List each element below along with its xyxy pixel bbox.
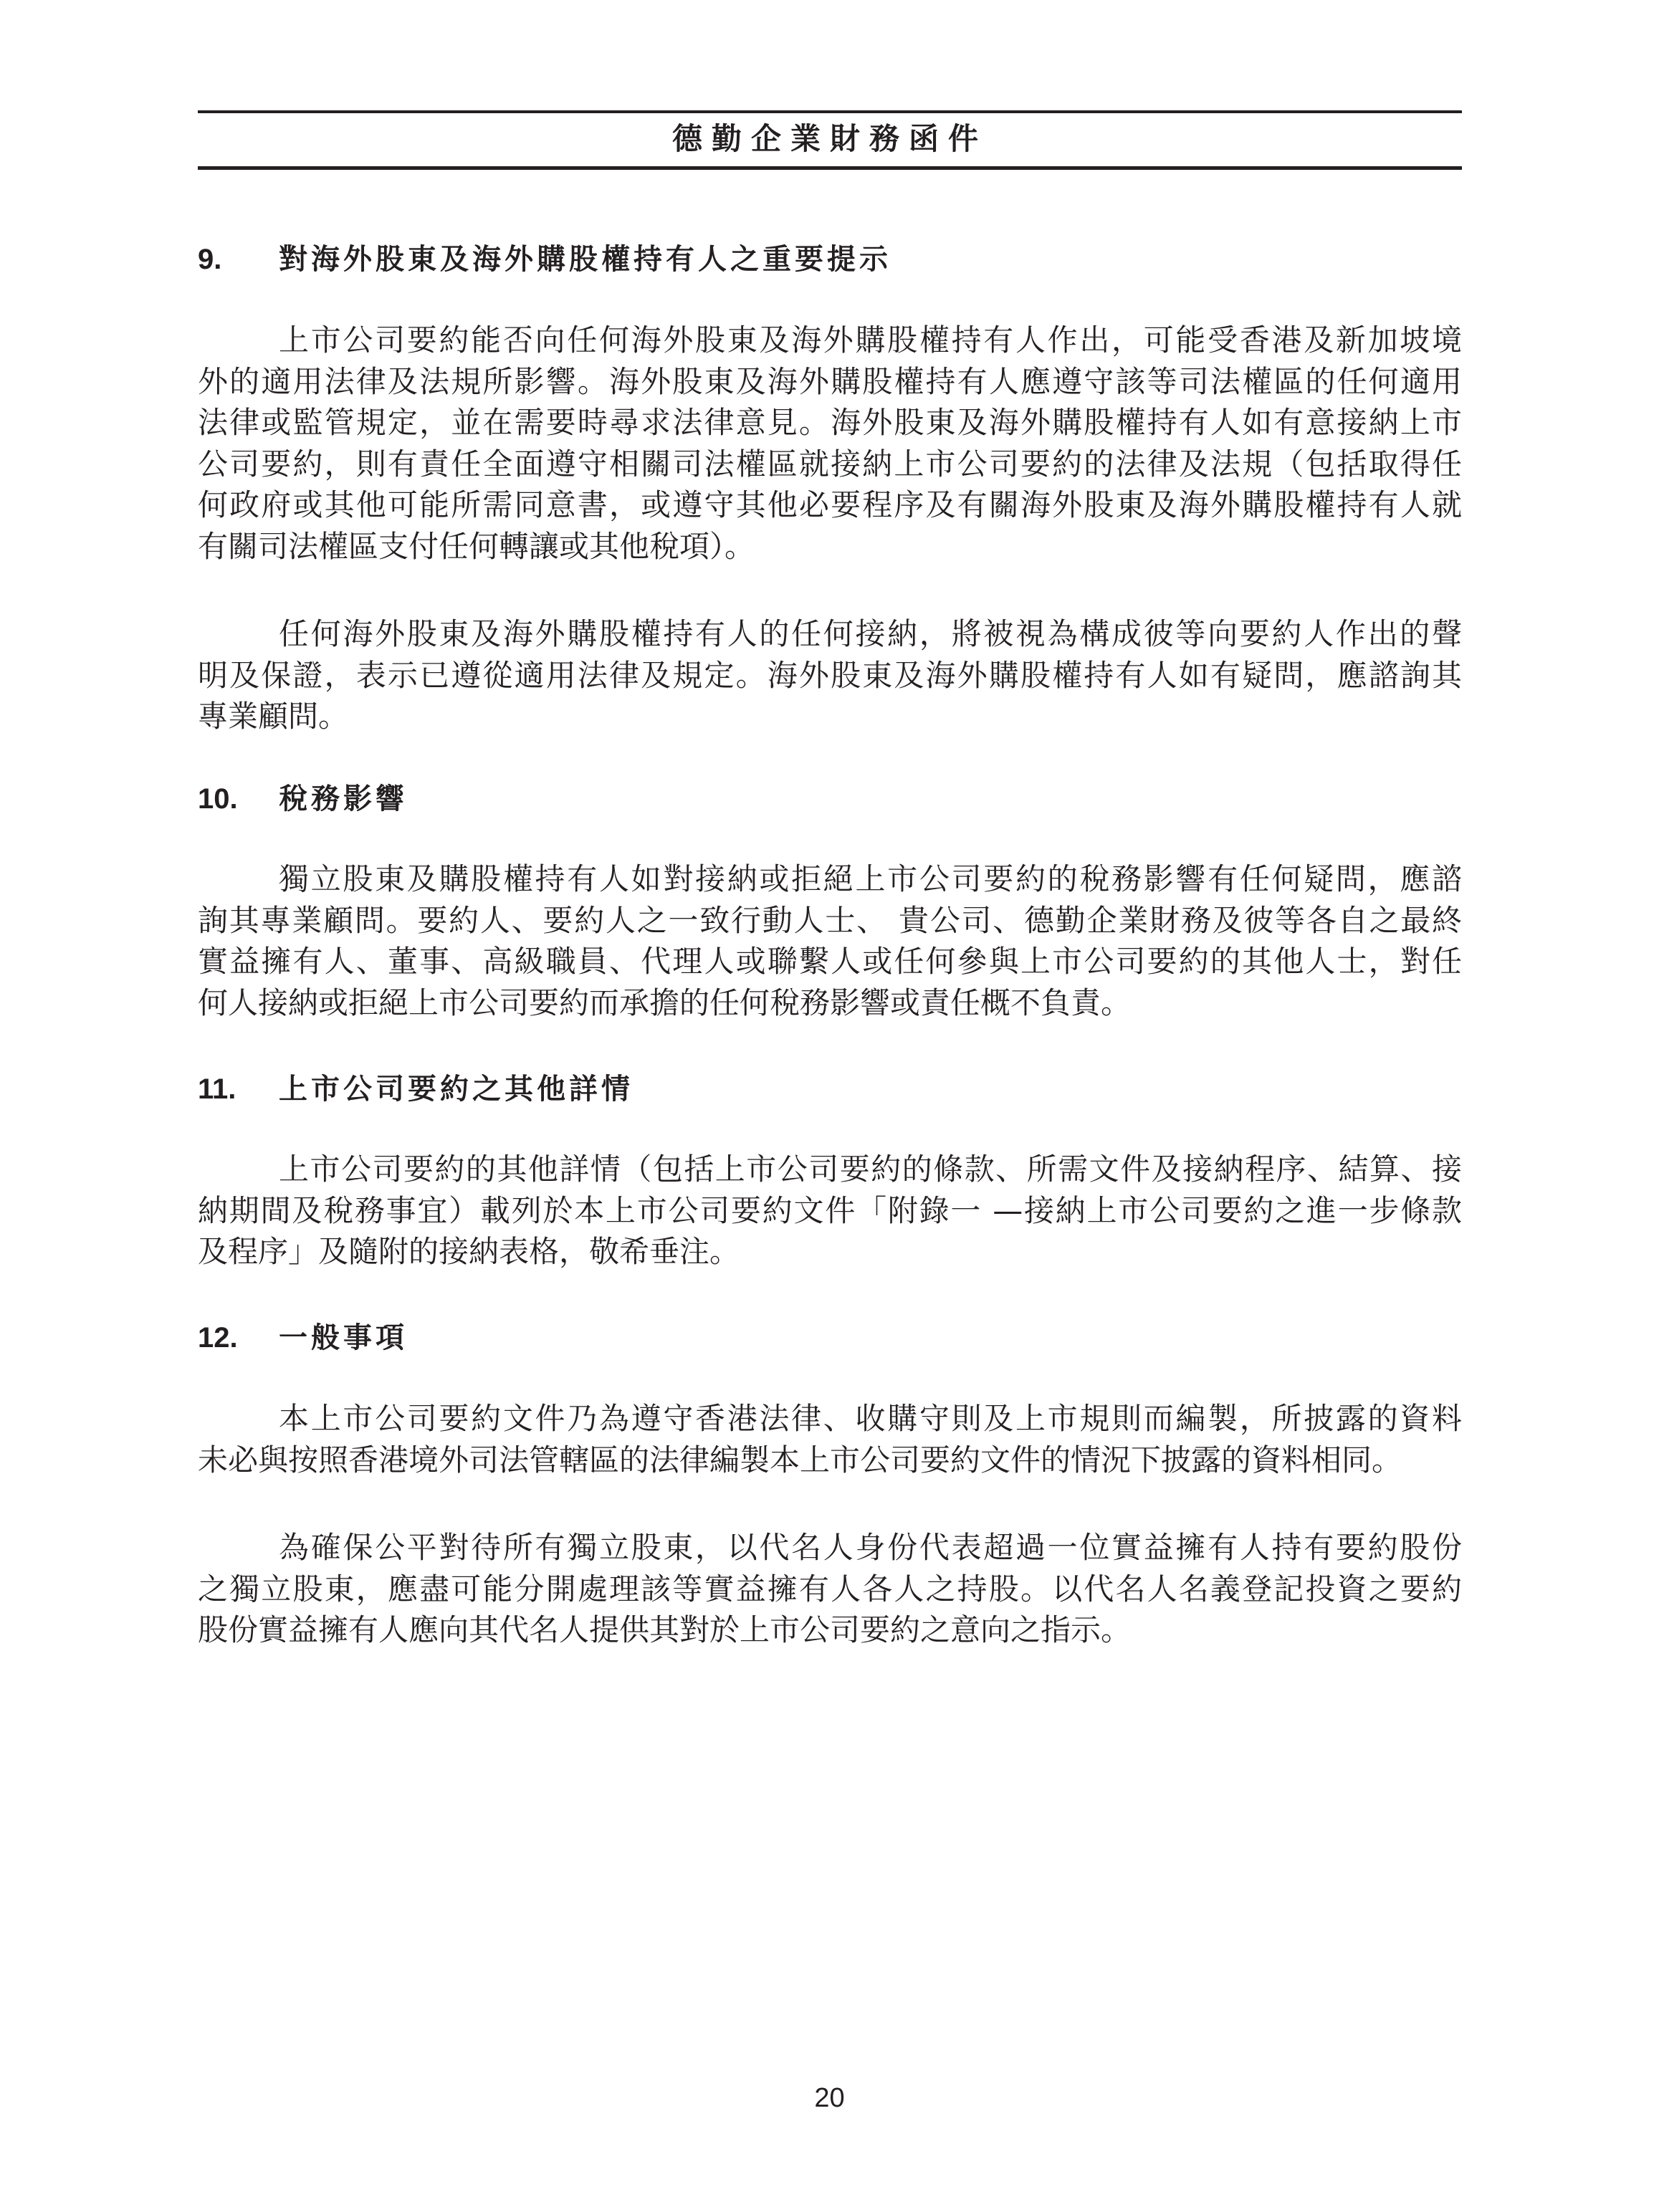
text-line: 股份實益擁有人應向其代名人提供其對於上市公司要約之意向之指示。 xyxy=(198,1609,1462,1651)
text-line: 及程序」及隨附的接納表格，敬希垂注。 xyxy=(198,1231,1462,1273)
section-12-paragraph-2: 為確保公平對待所有獨立股東，以代名人身份代表超過一位實益擁有人持有要約股份 之獨… xyxy=(198,1527,1462,1651)
section-title: 稅務影響 xyxy=(279,780,408,818)
header-rule-bottom xyxy=(198,166,1462,170)
text-line: 專業顧問。 xyxy=(198,696,1462,737)
text-line: 納期間及稅務事宜）載列於本上市公司要約文件「附錄一 —接納上市公司要約之進一步條… xyxy=(198,1190,1462,1232)
text-line: 外的適用法律及法規所影響。海外股東及海外購股權持有人應遵守該等司法權區的任何適用 xyxy=(198,361,1462,403)
section-title: 上市公司要約之其他詳情 xyxy=(279,1071,634,1108)
section-heading-12: 12. 一般事項 xyxy=(198,1319,1462,1356)
section-number: 12. xyxy=(198,1319,238,1356)
page-number: 20 xyxy=(0,2082,1659,2115)
running-title: 德勤企業財務函件 xyxy=(198,120,1462,158)
text-line: 何人接納或拒絕上市公司要約而承擔的任何稅務影響或責任概不負責。 xyxy=(198,982,1462,1024)
section-heading-10: 10. 稅務影響 xyxy=(198,780,1462,818)
header-rule-top xyxy=(198,110,1462,113)
text-line: 有關司法權區支付任何轉讓或其他稅項）。 xyxy=(198,526,1462,568)
section-number: 9. xyxy=(198,241,221,278)
text-line: 何政府或其他可能所需同意書，或遵守其他必要程序及有關海外股東及海外購股權持有人就 xyxy=(198,484,1462,526)
text-line: 為確保公平對待所有獨立股東，以代名人身份代表超過一位實益擁有人持有要約股份 xyxy=(198,1527,1462,1569)
text-line: 公司要約，則有責任全面遵守相關司法權區就接納上市公司要約的法律及法規（包括取得任 xyxy=(198,444,1462,485)
section-12-paragraph-1: 本上市公司要約文件乃為遵守香港法律、收購守則及上市規則而編製，所披露的資料 未必… xyxy=(198,1398,1462,1480)
text-line: 任何海外股東及海外購股權持有人的任何接納，將被視為構成彼等向要約人作出的聲 xyxy=(198,613,1462,655)
text-line: 未必與按照香港境外司法管轄區的法律編製本上市公司要約文件的情況下披露的資料相同。 xyxy=(198,1440,1462,1481)
text-line: 上市公司要約的其他詳情（包括上市公司要約的條款、所需文件及接納程序、結算、接 xyxy=(198,1149,1462,1190)
section-10-paragraph-1: 獨立股東及購股權持有人如對接納或拒絕上市公司要約的稅務影響有任何疑問，應諮 詢其… xyxy=(198,858,1462,1023)
text-line: 法律或監管規定，並在需要時尋求法律意見。海外股東及海外購股權持有人如有意接納上市 xyxy=(198,402,1462,444)
text-line: 明及保證，表示已遵從適用法律及規定。海外股東及海外購股權持有人如有疑問，應諮詢其 xyxy=(198,655,1462,696)
text-line: 詢其專業顧問。要約人、要約人之一致行動人士、 貴公司、德勤企業財務及彼等各自之最… xyxy=(198,900,1462,942)
text-line: 實益擁有人、董事、高級職員、代理人或聯繫人或任何參與上市公司要約的其他人士，對任 xyxy=(198,941,1462,982)
section-9-paragraph-1: 上市公司要約能否向任何海外股東及海外購股權持有人作出，可能受香港及新加坡境 外的… xyxy=(198,320,1462,567)
section-11-paragraph-1: 上市公司要約的其他詳情（包括上市公司要約的條款、所需文件及接納程序、結算、接 納… xyxy=(198,1149,1462,1273)
section-number: 11. xyxy=(198,1071,236,1108)
section-title: 對海外股東及海外購股權持有人之重要提示 xyxy=(279,241,891,278)
text-line: 本上市公司要約文件乃為遵守香港法律、收購守則及上市規則而編製，所披露的資料 xyxy=(198,1398,1462,1440)
text-line: 上市公司要約能否向任何海外股東及海外購股權持有人作出，可能受香港及新加坡境 xyxy=(198,320,1462,361)
section-heading-11: 11. 上市公司要約之其他詳情 xyxy=(198,1071,1462,1108)
section-heading-9: 9. 對海外股東及海外購股權持有人之重要提示 xyxy=(198,241,1462,278)
text-line: 之獨立股東，應盡可能分開處理該等實益擁有人各人之持股。以代名人名義登記投資之要約 xyxy=(198,1569,1462,1610)
text-line: 獨立股東及購股權持有人如對接納或拒絕上市公司要約的稅務影響有任何疑問，應諮 xyxy=(198,858,1462,900)
section-number: 10. xyxy=(198,780,238,818)
section-title: 一般事項 xyxy=(279,1319,408,1356)
section-9-paragraph-2: 任何海外股東及海外購股權持有人的任何接納，將被視為構成彼等向要約人作出的聲 明及… xyxy=(198,613,1462,737)
